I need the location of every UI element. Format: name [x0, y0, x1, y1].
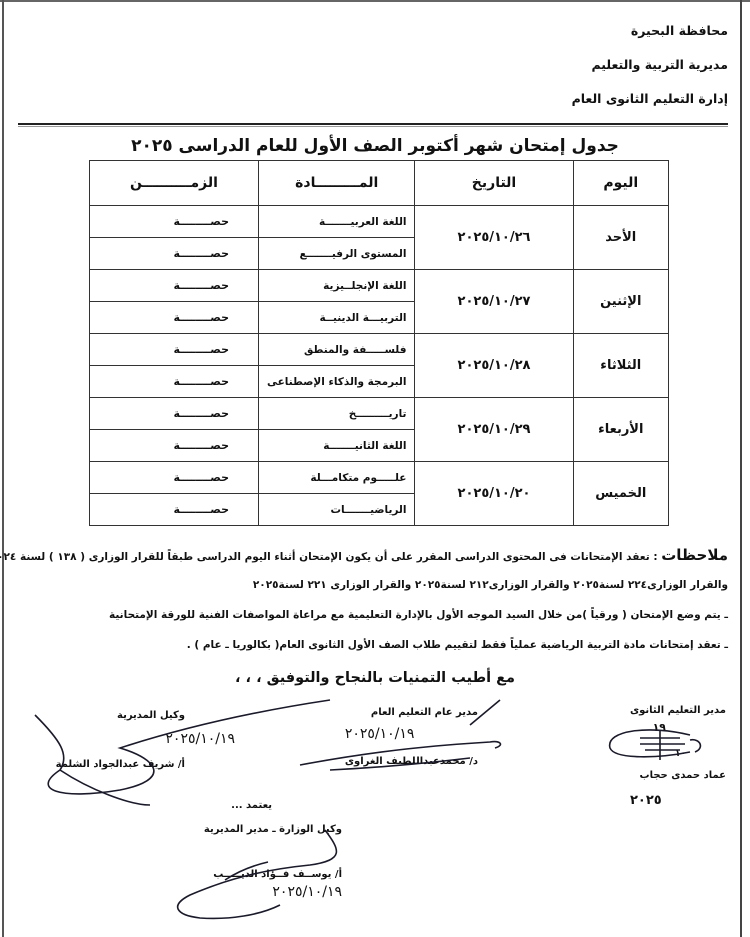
frame-top-border [0, 0, 750, 2]
table-row: الأربعاء ٢٠٢٥/١٠/٢٩ تاريـــــــــخ حصـــ… [90, 398, 669, 430]
duration-cell: حصــــــــة [90, 494, 259, 526]
table-row: الخميس ٢٠٢٥/١٠/٢٠ علـــــوم متكامـــلة ح… [90, 462, 669, 494]
subject-cell: فلســـــفة والمنطق [259, 334, 415, 366]
header-divider-thin [18, 126, 728, 127]
date-cell: ٢٠٢٥/١٠/٢٠ [415, 462, 573, 526]
duration-cell: حصــــــــة [90, 398, 259, 430]
signature-date-note: ٢٠٢٥ [630, 793, 726, 808]
duration-cell: حصــــــــة [90, 270, 259, 302]
subject-cell: المستوى الرفيـــــــع [259, 238, 415, 270]
signatory-title: وكيل الوزارة ـ مدير المديرية [204, 824, 342, 835]
day-cell: الأحد [573, 206, 668, 270]
header-subject: المـــــــــادة [259, 161, 415, 206]
duration-text: حصــــــــة [119, 407, 229, 420]
date-cell: ٢٠٢٥/١٠/٢٩ [415, 398, 573, 462]
notes-section: ملاحظات : تعقد الإمتحانات فى المحتوى الد… [18, 540, 728, 660]
day-cell: الخميس [573, 462, 668, 526]
header-duration: الزمــــــــــن [90, 161, 259, 206]
signature-deputy: وكيل المديرية ٢٠٢٥/١٠/١٩ أ/ شريف عبدالجو… [56, 710, 185, 770]
signature-date: ٢٠٢٥/١٠/١٩ [204, 884, 342, 900]
signatory-name: د/ محمدعبداللطيف الغراوى [345, 756, 478, 767]
day-cell: الأربعاء [573, 398, 668, 462]
signatory-name: عماد حمدى حجاب [630, 770, 726, 781]
date-cell: ٢٠٢٥/١٠/٢٧ [415, 270, 573, 334]
date-cell: ٢٠٢٥/١٠/٢٦ [415, 206, 573, 270]
subject-cell: الرياضيـــــــات [259, 494, 415, 526]
duration-cell: حصــــــــة [90, 206, 259, 238]
signature-date: ٢٠٢٥/١٠/١٩ [345, 718, 478, 752]
subject-cell: تاريـــــــــخ [259, 398, 415, 430]
document-title: جدول إمتحان شهر أكتوبر الصف الأول للعام … [0, 136, 750, 156]
duration-cell: حصــــــــة [90, 462, 259, 494]
signatory-name: أ/ يوســف فــؤاد الديـــــب [204, 869, 342, 880]
day-cell: الثلاثاء [573, 334, 668, 398]
day-cell: الإثنين [573, 270, 668, 334]
duration-text: حصــــــــة [119, 343, 229, 356]
duration-cell: حصــــــــة [90, 238, 259, 270]
duration-text: حصــــــــة [119, 215, 229, 228]
note-text: : تعقد الإمتحانات فى المحتوى الدراسى الم… [0, 551, 658, 563]
subject-cell: التربيـــة الدينيــة [259, 302, 415, 334]
signature-mark-2: ١٠ [675, 749, 686, 759]
signature-secondary-director: مدير التعليم الثانوى ١٩ ١٠ عماد حمدى حجا… [630, 705, 726, 808]
subject-cell: اللغة العربيـــــــة [259, 206, 415, 238]
duration-cell: حصــــــــة [90, 302, 259, 334]
signatory-title: مدير التعليم الثانوى [630, 705, 726, 716]
signature-mark: ١٩ [653, 721, 666, 734]
signatory-name: أ/ شريف عبدالجواد الشلمة [56, 759, 185, 770]
exam-schedule-table: اليوم التاريخ المـــــــــادة الزمــــــ… [89, 160, 669, 526]
signatory-title: مدير عام التعليم العام [345, 707, 478, 718]
signatory-title: وكيل المديرية [56, 710, 185, 721]
exam-schedule-document: محافظة البحيرة مديرية التربية والتعليم إ… [0, 0, 750, 937]
governorate-name: محافظة البحيرة [572, 22, 728, 40]
approval-label: يعتمد ... [231, 800, 272, 811]
subject-cell: البرمجة والذكاء الإصطناعى [259, 366, 415, 398]
date-cell: ٢٠٢٥/١٠/٢٨ [415, 334, 573, 398]
header-divider [18, 123, 728, 125]
duration-text: حصــــــــة [119, 439, 229, 452]
table-header-row: اليوم التاريخ المـــــــــادة الزمــــــ… [90, 161, 669, 206]
subject-cell: اللغة الإنجلــيزية [259, 270, 415, 302]
note-line-2: والقرار الوزارى٢٢٤ لسنة٢٠٢٥ والقرار الوز… [18, 570, 728, 600]
duration-text: حصــــــــة [119, 311, 229, 324]
administration-name: إدارة التعليم الثانوى العام [572, 90, 728, 108]
closing-greeting: مع أطيب التمنيات بالنجاح والتوفيق ، ، ، [0, 670, 750, 686]
directorate-name: مديرية التربية والتعليم [572, 56, 728, 74]
table-row: الثلاثاء ٢٠٢٥/١٠/٢٨ فلســـــفة والمنطق ح… [90, 334, 669, 366]
subject-cell: علـــــوم متكامـــلة [259, 462, 415, 494]
letterhead: محافظة البحيرة مديرية التربية والتعليم إ… [572, 22, 728, 124]
header-date: التاريخ [415, 161, 573, 206]
subject-cell: اللغة الثانيـــــــة [259, 430, 415, 462]
duration-cell: حصــــــــة [90, 430, 259, 462]
header-day: اليوم [573, 161, 668, 206]
signature-general-director: مدير عام التعليم العام ٢٠٢٥/١٠/١٩ د/ محم… [345, 707, 478, 767]
signature-undersecretary: وكيل الوزارة ـ مدير المديرية أ/ يوســف ف… [204, 824, 342, 900]
signature-mark-area: ١٩ ١٠ [630, 716, 726, 762]
duration-cell: حصــــــــة [90, 334, 259, 366]
duration-text: حصــــــــة [119, 279, 229, 292]
duration-text: حصــــــــة [119, 503, 229, 516]
table-row: الإثنين ٢٠٢٥/١٠/٢٧ اللغة الإنجلــيزية حص… [90, 270, 669, 302]
note-line-1: ملاحظات : تعقد الإمتحانات فى المحتوى الد… [18, 540, 728, 570]
note-line-4: ـ تعقد إمتحانات مادة التربية الرياضية عم… [18, 630, 728, 660]
duration-text: حصــــــــة [119, 471, 229, 484]
duration-text: حصــــــــة [119, 375, 229, 388]
table-row: الأحد ٢٠٢٥/١٠/٢٦ اللغة العربيـــــــة حص… [90, 206, 669, 238]
duration-text: حصــــــــة [119, 247, 229, 260]
duration-cell: حصــــــــة [90, 366, 259, 398]
note-line-3: ـ يتم وضع الإمتحان ( ورقياً )من خلال الس… [18, 600, 728, 630]
signature-date: ٢٠٢٥/١٠/١٩ [56, 721, 235, 753]
notes-label: ملاحظات [661, 546, 728, 564]
